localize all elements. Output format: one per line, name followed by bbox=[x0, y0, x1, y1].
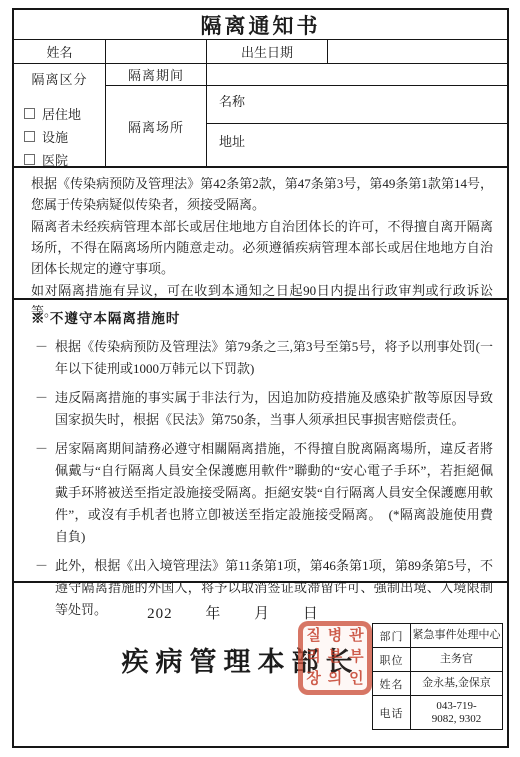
position-value: 主务官 bbox=[411, 648, 503, 672]
checkbox-facility[interactable]: 设施 bbox=[14, 127, 105, 146]
checkbox-residence-box[interactable] bbox=[24, 108, 35, 119]
checkbox-residence-label: 居住地 bbox=[42, 104, 81, 123]
place-name-label: 名称 bbox=[219, 94, 245, 109]
contact-row-department: 部门 紧急事件处理中心 bbox=[373, 624, 503, 648]
seal-glyph: 리 bbox=[306, 650, 321, 665]
contact-info-table: 部门 紧急事件处理中心 职位 主务官 姓名 金永基,金保京 电话 043-719… bbox=[372, 623, 503, 730]
checkbox-hospital-box[interactable] bbox=[24, 154, 35, 165]
document-header: 隔离通知书 bbox=[14, 10, 507, 40]
seal-glyph: 장 bbox=[306, 672, 321, 687]
birthdate-label: 出生日期 bbox=[207, 40, 328, 63]
category-label: 隔离区分 bbox=[14, 69, 105, 88]
checkbox-facility-label: 设施 bbox=[42, 127, 68, 146]
legal-notice-section: 根据《传染病预防及管理法》第42条第2款，第47条第3号，第49条第1款第14号… bbox=[14, 168, 507, 300]
date-year-label: 年 bbox=[205, 606, 221, 622]
date-year-prefix: 202 bbox=[147, 606, 173, 622]
values-column: 名称 地址 bbox=[207, 64, 507, 166]
page-title: 隔离通知书 bbox=[201, 10, 321, 40]
quarantine-notice-document: 隔离通知书 姓名 出生日期 隔离区分 居住地 设施 医院 隔离期间 隔离 bbox=[12, 8, 509, 748]
quarantine-info-table: 隔离区分 居住地 设施 医院 隔离期间 隔离场所 名称 地址 bbox=[14, 64, 507, 168]
period-value-field[interactable] bbox=[207, 64, 507, 86]
labels-column: 隔离期间 隔离场所 bbox=[106, 64, 207, 166]
signature-section: 202 年 月 日 疾病管理本部长 질 병 관 리 본 부 장 의 인 部门 紧… bbox=[14, 583, 507, 746]
birthdate-value-field[interactable] bbox=[328, 40, 507, 63]
seal-glyph: 부 bbox=[349, 650, 364, 665]
date-month-label: 月 bbox=[254, 606, 270, 622]
official-seal-stamp: 질 병 관 리 본 부 장 의 인 bbox=[298, 621, 372, 695]
phone-value: 043-719- 9082, 9302 bbox=[411, 696, 503, 730]
violation-item-criminal: － 根据《传染病预防及管理法》第79条之三,第3号至第5号，将予以刑事处罚(一年… bbox=[31, 336, 493, 380]
contact-row-name: 姓名 金永基,金保京 bbox=[373, 672, 503, 696]
name-birth-row: 姓名 出生日期 bbox=[14, 40, 507, 64]
department-value: 紧急事件处理中心 bbox=[411, 624, 503, 648]
contact-name-value: 金永基,金保京 bbox=[411, 672, 503, 696]
seal-glyph: 질 bbox=[306, 629, 321, 644]
seal-glyph: 병 bbox=[328, 629, 343, 644]
category-column: 隔离区分 居住地 设施 医院 bbox=[14, 64, 106, 166]
seal-glyph: 관 bbox=[349, 629, 364, 644]
dash-bullet: － bbox=[31, 438, 55, 548]
notice-paragraph-rules: 隔离者未经疾病管理本部长或居住地地方自治团体长的许可，不得擅自离开隔离场所，不得… bbox=[31, 216, 493, 279]
dash-bullet: － bbox=[31, 336, 55, 380]
checkbox-hospital-label: 医院 bbox=[42, 150, 68, 169]
place-label: 隔离场所 bbox=[106, 86, 206, 166]
checkbox-hospital[interactable]: 医院 bbox=[14, 150, 105, 169]
violation-item-civil: － 违反隔离措施的事实属于非法行为，因追加防疫措施及感染扩散等原因导致国家损失时… bbox=[31, 387, 493, 431]
date-line: 202 年 月 日 bbox=[14, 602, 507, 623]
violation-heading: ※ 不遵守本隔离措施时 bbox=[31, 308, 493, 330]
place-name-field[interactable]: 名称 bbox=[207, 86, 507, 124]
name-value-field[interactable] bbox=[106, 40, 207, 63]
seal-glyph: 의 bbox=[328, 672, 343, 687]
dash-bullet: － bbox=[31, 387, 55, 431]
department-label: 部门 bbox=[373, 624, 411, 648]
notice-paragraph-basis: 根据《传染病预防及管理法》第42条第2款，第47条第3号，第49条第1款第14号… bbox=[31, 173, 493, 215]
seal-glyph: 본 bbox=[328, 650, 343, 665]
date-day-label: 日 bbox=[303, 606, 319, 622]
phone-label: 电话 bbox=[373, 696, 411, 730]
contact-row-position: 职位 主务官 bbox=[373, 648, 503, 672]
place-address-field[interactable]: 地址 bbox=[207, 124, 507, 166]
place-address-label: 地址 bbox=[219, 134, 245, 149]
period-label: 隔离期间 bbox=[106, 64, 206, 86]
violation-item-wristband: － 居家隔离期间請務必遵守相關隔离措施，不得擅自脫离隔离場所，違反者將佩戴与“自… bbox=[31, 438, 493, 548]
checkbox-facility-box[interactable] bbox=[24, 131, 35, 142]
name-label: 姓名 bbox=[14, 40, 106, 63]
seal-glyph: 인 bbox=[349, 672, 364, 687]
contact-name-label: 姓名 bbox=[373, 672, 411, 696]
position-label: 职位 bbox=[373, 648, 411, 672]
contact-row-phone: 电话 043-719- 9082, 9302 bbox=[373, 696, 503, 730]
violation-section: ※ 不遵守本隔离措施时 － 根据《传染病预防及管理法》第79条之三,第3号至第5… bbox=[14, 300, 507, 583]
checkbox-residence[interactable]: 居住地 bbox=[14, 104, 105, 123]
